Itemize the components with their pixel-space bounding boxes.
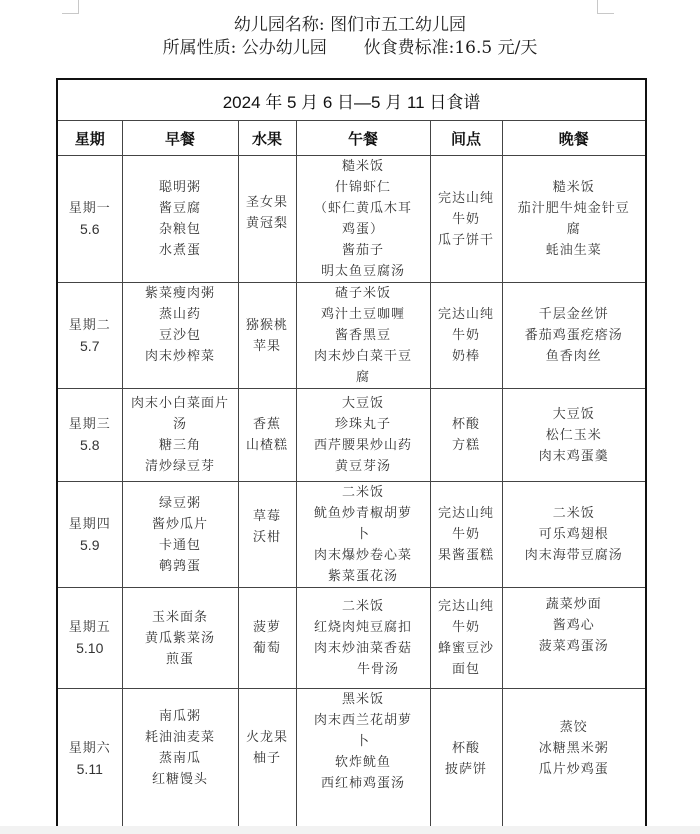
dish: 二米饭 — [503, 503, 646, 524]
kindergarten-name-label: 幼儿园名称: — [234, 15, 325, 35]
snack-cell: 完达山纯牛奶蜂蜜豆沙面包 — [430, 588, 502, 689]
dish: 聪明粥 — [123, 177, 238, 198]
dish: 沃柑 — [239, 527, 296, 548]
weekday-cell: 星期六5.11 — [57, 689, 122, 831]
dish: 鸡汁土豆咖喱 — [297, 304, 430, 325]
dish: 肉末鸡蛋羹 — [503, 446, 646, 467]
dish: 大豆饭 — [503, 404, 646, 425]
dish: 卡通包 — [123, 535, 238, 556]
dinner-cell: 千层金丝饼番茄鸡蛋疙瘩汤鱼香肉丝 — [502, 283, 646, 389]
fruit-cell: 草莓沃柑 — [238, 482, 296, 588]
weekday: 星期一 — [58, 198, 122, 219]
dish: 蒸山药 — [123, 304, 238, 325]
weekday: 星期二 — [58, 315, 122, 336]
dish: 圣女果 — [239, 192, 296, 213]
dish: 肉末海带豆腐汤 — [503, 545, 646, 566]
dish: 蔬菜炒面 — [503, 594, 646, 615]
dish: 蜂蜜豆沙 — [431, 638, 502, 659]
snack-cell: 杯酸方糕 — [430, 389, 502, 482]
dish: 肉末西兰花胡萝 — [297, 710, 430, 731]
lunch-cell: 大豆饭珍珠丸子西芹腰果炒山药黄豆芽汤 — [296, 389, 430, 482]
dish: 肉末炒油菜香菇 — [297, 638, 430, 659]
table-row: 星期一5.6 聪明粥酱豆腐杂粮包水煮蛋 圣女果黄冠梨 糙米饭什锦虾仁（虾仁黄瓜木… — [57, 156, 646, 283]
weekday-cell: 星期三5.8 — [57, 389, 122, 482]
dish: 鱿鱼炒青椒胡萝 — [297, 503, 430, 524]
date: 5.9 — [58, 535, 122, 556]
dish: 完达山纯 — [431, 503, 502, 524]
dish: 二米饭 — [297, 482, 430, 503]
table-row: 星期四5.9 绿豆粥酱炒瓜片卡通包鹌鹑蛋 草莓沃柑 二米饭鱿鱼炒青椒胡萝卜肉末爆… — [57, 482, 646, 588]
table-row: 星期三5.8 肉末小白菜面片汤糖三角清炒绿豆芽 香蕉山楂糕 大豆饭珍珠丸子西芹腰… — [57, 389, 646, 482]
dish: 豆沙包 — [123, 325, 238, 346]
dish: 千层金丝饼 — [503, 304, 646, 325]
dish: 杯酸 — [431, 414, 502, 435]
weekday: 星期五 — [58, 617, 122, 638]
dish: 蚝油生菜 — [503, 240, 646, 261]
dish: 酱香黑豆 — [297, 325, 430, 346]
fruit-cell: 香蕉山楂糕 — [238, 389, 296, 482]
dish: 黄冠梨 — [239, 213, 296, 234]
table-header-row: 星期 早餐 水果 午餐 间点 晚餐 — [57, 121, 646, 156]
dish: 草莓 — [239, 506, 296, 527]
breakfast-cell: 肉末小白菜面片汤糖三角清炒绿豆芽 — [122, 389, 238, 482]
lunch-cell: 二米饭鱿鱼炒青椒胡萝卜肉末爆炒卷心菜紫菜蛋花汤 — [296, 482, 430, 588]
dish: 紫菜瘦肉粥 — [123, 283, 238, 304]
weekday: 星期三 — [58, 414, 122, 435]
weekday-cell: 星期五5.10 — [57, 588, 122, 689]
dish: 肉末小白菜面片 — [123, 393, 238, 414]
nature-label: 所属性质: — [163, 37, 237, 60]
dish: 软炸鱿鱼 — [297, 752, 430, 773]
fruit-cell: 菠萝葡萄 — [238, 588, 296, 689]
dish: 肉末炒白菜干豆 — [297, 346, 430, 367]
dish: 瓜片炒鸡蛋 — [503, 759, 646, 780]
dish: 黄瓜紫菜汤 — [123, 628, 238, 649]
dish: 清炒绿豆芽 — [123, 456, 238, 477]
snack-cell: 杯酸披萨饼 — [430, 689, 502, 831]
dish: 杯酸 — [431, 738, 502, 759]
dinner-cell: 大豆饭松仁玉米肉末鸡蛋羹 — [502, 389, 646, 482]
dish: 糙米饭 — [297, 156, 430, 177]
breakfast-cell: 南瓜粥耗油油麦菜蒸南瓜红糖馒头 — [122, 689, 238, 831]
fruit-cell: 猕猴桃苹果 — [238, 283, 296, 389]
kindergarten-name: 图们市五工幼儿园 — [330, 15, 466, 35]
dish: 香蕉 — [239, 414, 296, 435]
dish: 黄豆芽汤 — [297, 456, 430, 477]
table-title-row: 2024 年 5 月 6 日—5 月 11 日食谱 — [57, 79, 646, 121]
table-row: 星期五5.10 玉米面条黄瓜紫菜汤煎蛋 菠萝葡萄 二米饭红烧肉炖豆腐扣肉末炒油菜… — [57, 588, 646, 689]
dish: 牛骨汤 — [297, 659, 430, 680]
dish: 碴子米饭 — [297, 283, 430, 304]
page-corner-mark-left — [62, 0, 79, 14]
dish: 鹌鹑蛋 — [123, 556, 238, 577]
dish: 卜 — [297, 731, 430, 752]
dish: 披萨饼 — [431, 759, 502, 780]
fruit-cell: 火龙果柚子 — [238, 689, 296, 831]
dish: 卜 — [297, 524, 430, 545]
breakfast-cell: 玉米面条黄瓜紫菜汤煎蛋 — [122, 588, 238, 689]
page-corner-mark-right — [597, 0, 614, 14]
table-row: 星期六5.11 南瓜粥耗油油麦菜蒸南瓜红糖馒头 火龙果柚子 黑米饭肉末西兰花胡萝… — [57, 689, 646, 831]
dish: 红烧肉炖豆腐扣 — [297, 617, 430, 638]
date: 5.7 — [58, 336, 122, 357]
dish: 肉末爆炒卷心菜 — [297, 545, 430, 566]
lunch-cell: 糙米饭什锦虾仁（虾仁黄瓜木耳鸡蛋）酱茄子明太鱼豆腐汤 — [296, 156, 430, 283]
dish: 酱茄子 — [297, 240, 430, 261]
dish: 酱炒瓜片 — [123, 514, 238, 535]
lunch-cell: 二米饭红烧肉炖豆腐扣肉末炒油菜香菇牛骨汤 — [296, 588, 430, 689]
dinner-cell: 蔬菜炒面酱鸡心菠菜鸡蛋汤 — [502, 588, 646, 689]
nature-value: 公办幼儿园 — [242, 37, 327, 60]
kindergarten-name-line: 幼儿园名称: 图们市五工幼儿园 — [0, 14, 700, 37]
dish: 紫菜蛋花汤 — [297, 566, 430, 587]
column-header-snack: 间点 — [430, 121, 502, 156]
dish: 杂粮包 — [123, 219, 238, 240]
dish: 可乐鸡翅根 — [503, 524, 646, 545]
dish: 牛奶 — [431, 524, 502, 545]
dish: 猕猴桃 — [239, 315, 296, 336]
date: 5.11 — [58, 759, 122, 780]
dish: 蒸南瓜 — [123, 748, 238, 769]
fruit-cell: 圣女果黄冠梨 — [238, 156, 296, 283]
dish: 西红柿鸡蛋汤 — [297, 773, 430, 794]
page-bottom-margin — [0, 826, 700, 834]
dish: 番茄鸡蛋疙瘩汤 — [503, 325, 646, 346]
dish: 完达山纯 — [431, 304, 502, 325]
column-header-dinner: 晚餐 — [502, 121, 646, 156]
dish: 牛奶 — [431, 617, 502, 638]
snack-cell: 完达山纯牛奶奶棒 — [430, 283, 502, 389]
dish: 菠菜鸡蛋汤 — [503, 636, 646, 657]
dish: 珍珠丸子 — [297, 414, 430, 435]
kindergarten-info-line: 所属性质: 公办幼儿园 伙食费标准:16.5 元/天 — [0, 37, 700, 60]
dish: 玉米面条 — [123, 607, 238, 628]
dish: 大豆饭 — [297, 393, 430, 414]
dish: 茄汁肥牛炖金针豆 — [503, 198, 646, 219]
dish: 鸡蛋） — [297, 219, 430, 240]
dish: 耗油油麦菜 — [123, 727, 238, 748]
menu-table: 2024 年 5 月 6 日—5 月 11 日食谱 星期 早餐 水果 午餐 间点… — [56, 78, 647, 832]
fee-value: 16.5 元/天 — [454, 37, 537, 60]
dish: 方糕 — [431, 435, 502, 456]
dish: 柚子 — [239, 748, 296, 769]
dish: 葡萄 — [239, 638, 296, 659]
dinner-cell: 蒸饺冰糖黑米粥瓜片炒鸡蛋 — [502, 689, 646, 831]
column-header-fruit: 水果 — [238, 121, 296, 156]
weekday-cell: 星期一5.6 — [57, 156, 122, 283]
dinner-cell: 糙米饭茄汁肥牛炖金针豆腐蚝油生菜 — [502, 156, 646, 283]
breakfast-cell: 绿豆粥酱炒瓜片卡通包鹌鹑蛋 — [122, 482, 238, 588]
dish: 奶棒 — [431, 346, 502, 367]
table-title: 2024 年 5 月 6 日—5 月 11 日食谱 — [57, 79, 646, 121]
dish: 山楂糕 — [239, 435, 296, 456]
fee-label: 伙食费标准: — [364, 37, 455, 60]
dish: 面包 — [431, 659, 502, 680]
dish: 牛奶 — [431, 325, 502, 346]
column-header-lunch: 午餐 — [296, 121, 430, 156]
dish: 糙米饭 — [503, 177, 646, 198]
dish: 完达山纯 — [431, 188, 502, 209]
dish: 菠萝 — [239, 617, 296, 638]
dish: 糖三角 — [123, 435, 238, 456]
weekday-cell: 星期二5.7 — [57, 283, 122, 389]
dish: 肉末炒榨菜 — [123, 346, 238, 367]
dish: 苹果 — [239, 336, 296, 357]
dish: 腐 — [503, 219, 646, 240]
dinner-cell: 二米饭可乐鸡翅根肉末海带豆腐汤 — [502, 482, 646, 588]
dish: 黑米饭 — [297, 689, 430, 710]
document-header: 幼儿园名称: 图们市五工幼儿园 所属性质: 公办幼儿园 伙食费标准:16.5 元… — [0, 14, 700, 60]
column-header-breakfast: 早餐 — [122, 121, 238, 156]
date: 5.8 — [58, 435, 122, 456]
dish: 红糖馒头 — [123, 769, 238, 790]
dish: 绿豆粥 — [123, 493, 238, 514]
dish: （虾仁黄瓜木耳 — [297, 198, 430, 219]
dish: 南瓜粥 — [123, 706, 238, 727]
dish: 腐 — [297, 367, 430, 388]
snack-cell: 完达山纯牛奶果酱蛋糕 — [430, 482, 502, 588]
dish: 松仁玉米 — [503, 425, 646, 446]
table-row: 星期二5.7 紫菜瘦肉粥蒸山药豆沙包肉末炒榨菜 猕猴桃苹果 碴子米饭鸡汁土豆咖喱… — [57, 283, 646, 389]
breakfast-cell: 紫菜瘦肉粥蒸山药豆沙包肉末炒榨菜 — [122, 283, 238, 389]
dish: 牛奶 — [431, 209, 502, 230]
dish: 蒸饺 — [503, 717, 646, 738]
dish: 鱼香肉丝 — [503, 346, 646, 367]
dish: 酱鸡心 — [503, 615, 646, 636]
date: 5.6 — [58, 219, 122, 240]
column-header-weekday: 星期 — [57, 121, 122, 156]
lunch-cell: 碴子米饭鸡汁土豆咖喱酱香黑豆肉末炒白菜干豆腐 — [296, 283, 430, 389]
weekday-cell: 星期四5.9 — [57, 482, 122, 588]
dish: 煎蛋 — [123, 649, 238, 670]
dish: 酱豆腐 — [123, 198, 238, 219]
weekday: 星期六 — [58, 738, 122, 759]
snack-cell: 完达山纯牛奶瓜子饼干 — [430, 156, 502, 283]
dish: 果酱蛋糕 — [431, 545, 502, 566]
dish: 二米饭 — [297, 596, 430, 617]
dish: 什锦虾仁 — [297, 177, 430, 198]
dish: 完达山纯 — [431, 596, 502, 617]
dish: 水煮蛋 — [123, 240, 238, 261]
dish: 西芹腰果炒山药 — [297, 435, 430, 456]
dish: 火龙果 — [239, 727, 296, 748]
dish: 明太鱼豆腐汤 — [297, 261, 430, 282]
date: 5.10 — [58, 638, 122, 659]
breakfast-cell: 聪明粥酱豆腐杂粮包水煮蛋 — [122, 156, 238, 283]
dish: 汤 — [123, 414, 238, 435]
weekday: 星期四 — [58, 514, 122, 535]
dish: 冰糖黑米粥 — [503, 738, 646, 759]
dish: 瓜子饼干 — [431, 230, 502, 251]
lunch-cell: 黑米饭肉末西兰花胡萝卜软炸鱿鱼西红柿鸡蛋汤 — [296, 689, 430, 831]
